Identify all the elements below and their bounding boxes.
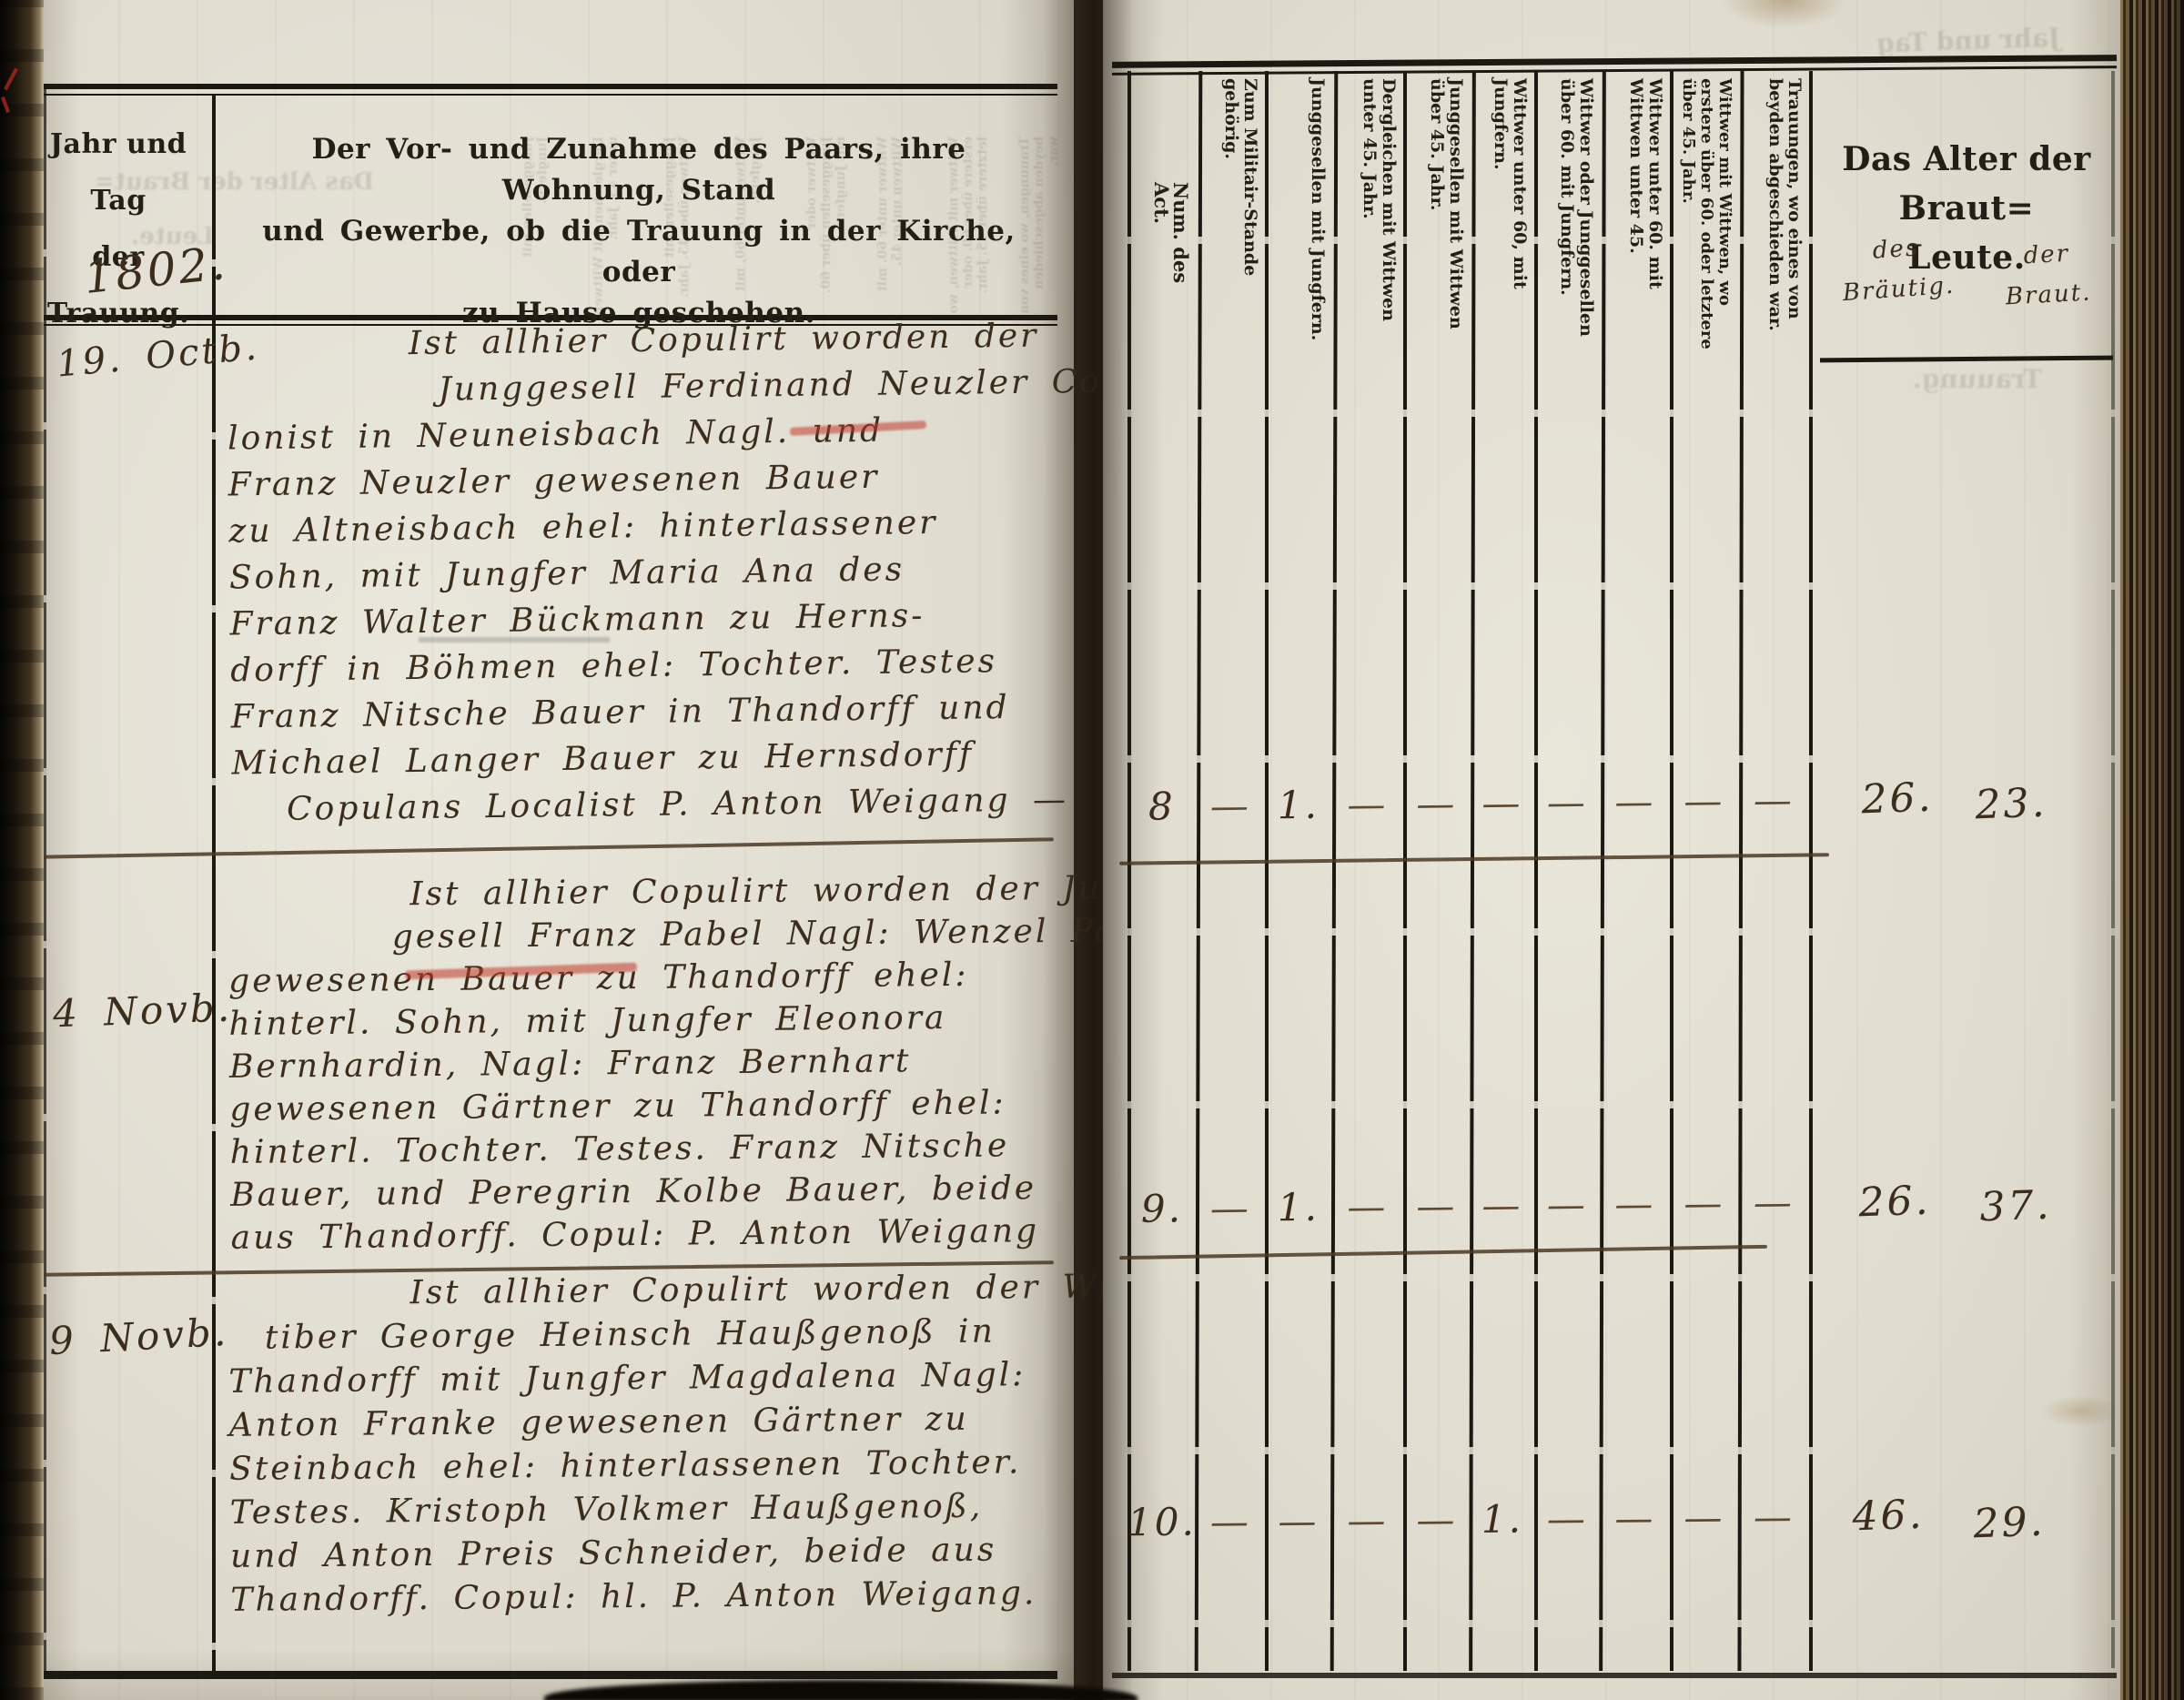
tally-cell: — xyxy=(1403,1497,1471,1562)
entry-text-line: Thandorff. Copul: hl. P. Anton Weigang. xyxy=(230,1574,1049,1625)
column-header: Wittwer oder Junggesellen über 60. mit J… xyxy=(1536,78,1595,351)
main-column-header-line: Der Vor- und Zunahme des Paars, ihre Woh… xyxy=(238,129,1039,211)
bleed-through-ghost: Trauung. xyxy=(1913,364,2042,394)
groom-age-value: 26. xyxy=(1842,774,1953,824)
tally-cell: — xyxy=(1601,1495,1671,1560)
bride-age-value: 23. xyxy=(1956,779,2067,829)
tally-cell: — xyxy=(1332,1498,1404,1563)
tally-cell: 1. xyxy=(1265,1185,1333,1250)
entry-text-line: Steinbach ehel: hinterlassenen Tochter. xyxy=(229,1443,1048,1494)
column-header-num: Num. des Act. xyxy=(1136,182,1190,319)
main-column-header: Der Vor- und Zunahme des Paars, ihre Woh… xyxy=(238,129,1039,334)
book-spine-edge xyxy=(0,0,44,1700)
entry-text-line: gesell Franz Pabel Nagl: Wenzel Pabel xyxy=(228,913,1047,963)
entry-text-line: hinterl. Sohn, mit Jungfer Eleonora xyxy=(228,998,1047,1048)
tally-cell: 1. xyxy=(1265,783,1333,847)
tally-cell: — xyxy=(1601,1181,1671,1246)
entry-text-line: Bauer, und Peregrin Kolbe Bauer, beide xyxy=(230,1169,1049,1219)
entry-text-line: und Anton Preis Schneider, beide aus xyxy=(230,1531,1049,1582)
entry-text: Ist allhier Copulirt worden der Wit- tib… xyxy=(227,1269,1049,1625)
tally-cell: — xyxy=(1471,780,1535,845)
tally-cell: — xyxy=(1670,1180,1740,1245)
tally-cell: — xyxy=(1197,1499,1266,1563)
tally-cell: — xyxy=(1197,783,1266,847)
table-row: 9. — 1. — — — — — — — xyxy=(1127,1179,1810,1250)
table-rule xyxy=(40,1671,1057,1679)
entry-text-line: Bernhardin, Nagl: Franz Bernhart xyxy=(229,1041,1048,1091)
table-rule xyxy=(40,94,1057,96)
column-rule xyxy=(1809,71,1813,1671)
column-header: Trauungen, wo eines von beyden abgeschie… xyxy=(1742,78,1804,351)
tally-cell: — xyxy=(1670,778,1740,843)
entry-text-line: Testes. Kristoph Volkmer Haußgenoß, xyxy=(229,1487,1048,1538)
tally-cell: — xyxy=(1670,1494,1740,1559)
column-header: Junggesellen mit Wittwen über 45. Jahr. xyxy=(1405,78,1465,351)
red-ink-mark xyxy=(4,68,18,91)
pencil-underline xyxy=(419,637,610,643)
tally-cell: — xyxy=(1739,1494,1810,1559)
book-gutter-shadow xyxy=(1043,0,1134,1700)
age-column-header-line: Das Alter der Braut= xyxy=(1825,135,2108,233)
tally-cell: 1. xyxy=(1471,1496,1535,1561)
entry-text-line: Ist allhier Copulirt worden der Wit- xyxy=(227,1269,1046,1320)
column-header: Wittwer unter 60. mit Wittwen unter 45. xyxy=(1603,78,1664,351)
groom-age-value: 46. xyxy=(1833,1491,1944,1541)
entry-text: Ist allhier Copulirt worden der Junggese… xyxy=(227,318,1052,838)
tally-cell: — xyxy=(1403,1183,1471,1248)
entry-text-line: Ist allhier Copulirt worden der Jung- xyxy=(227,870,1046,920)
register-book-photo: Junggesellen mit Jungfern. Dergleichen m… xyxy=(0,0,2184,1700)
row-number-cell: 9. xyxy=(1127,1186,1198,1250)
page-stack-edge xyxy=(2120,0,2184,1700)
groom-age-value: 26. xyxy=(1839,1177,1950,1227)
entry-text-line: Anton Franke gewesenen Gärtner zu xyxy=(229,1400,1048,1451)
entry-text-line: gewesenen Gärtner zu Thandorff ehel: xyxy=(229,1084,1048,1134)
entry-text-line: gewesenen Bauer zu Thandorff ehel: xyxy=(228,956,1047,1006)
entry-date: 4 Novb. xyxy=(52,986,233,1037)
date-column-header-line: Jahr und Tag xyxy=(27,116,209,229)
tally-cell: — xyxy=(1534,779,1602,844)
row-number-cell: 8 xyxy=(1127,784,1198,848)
tally-cell: — xyxy=(1197,1185,1266,1250)
entry-text-line: aus Thandorff. Copul: P. Anton Weigang xyxy=(230,1212,1049,1262)
entry-text-line: Thandorff mit Jungfer Magdalena Nagl: xyxy=(228,1356,1047,1407)
red-ink-mark xyxy=(1,96,10,113)
column-header: Wittwer unter 60, mit Jungfern. xyxy=(1472,78,1529,342)
table-rule xyxy=(1112,1673,2117,1678)
bride-age-value: 29. xyxy=(1954,1498,2065,1548)
entry-date: 9 Novb. xyxy=(48,1310,229,1363)
tally-cell: — xyxy=(1332,1184,1404,1249)
bleed-through-ghost: Jahr und Tag xyxy=(1876,22,2060,58)
date-column-header: Jahr und Tag der Trauung. xyxy=(27,116,209,342)
tally-cell: — xyxy=(1601,779,1671,844)
entry-text-line: tiber George Heinsch Haußgenoß in xyxy=(228,1312,1047,1363)
tally-cell: — xyxy=(1471,1182,1535,1247)
table-row: 8 — 1. — — — — — — — xyxy=(1127,777,1810,848)
table-row: 10. — — — — 1. — — — — xyxy=(1127,1494,1810,1564)
entry-text: Ist allhier Copulirt worden der Jung- ge… xyxy=(227,870,1050,1262)
entry-text-line: hinterl. Tochter. Testes. Franz Nitsche xyxy=(230,1127,1049,1177)
row-number-cell: 10. xyxy=(1127,1500,1198,1564)
column-header: Junggesellen mit Jungfern. xyxy=(1267,78,1327,342)
bride-age-value: 37. xyxy=(1960,1181,2071,1231)
tally-cell: — xyxy=(1534,1181,1602,1246)
column-header: Dergleichen mit Wittwen unter 45. Jahr. xyxy=(1334,78,1398,351)
table-rule xyxy=(40,84,1057,89)
tally-cell: — xyxy=(1332,782,1404,846)
tally-cell: — xyxy=(1403,781,1471,845)
bride-age-label: der Braut. xyxy=(1982,231,2113,318)
tally-cell: — xyxy=(1739,777,1810,842)
tally-cell: — xyxy=(1265,1498,1333,1563)
column-header: Wittwer mit Wittwen, wo erstere über 60.… xyxy=(1672,78,1734,351)
tally-cell: — xyxy=(1739,1179,1810,1244)
main-column-header-line: und Gewerbe, ob die Trauung in der Kirch… xyxy=(238,211,1039,293)
column-header: Zum Militair-Stande gehörig. xyxy=(1199,78,1259,347)
tally-cell: — xyxy=(1534,1496,1602,1561)
groom-age-label: des Bräutig. xyxy=(1831,225,1964,314)
